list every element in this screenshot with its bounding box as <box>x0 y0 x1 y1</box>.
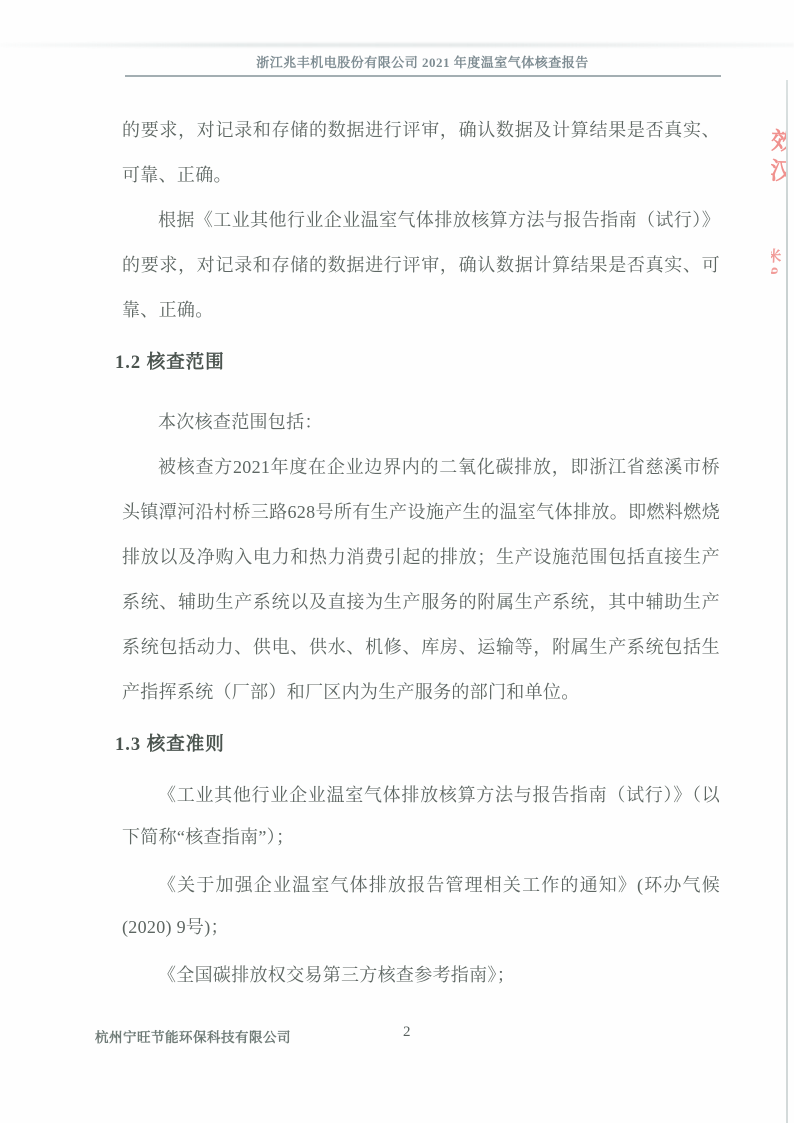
footer-page-number: 2 <box>403 1024 411 1041</box>
scan-streak-artifact <box>0 43 794 47</box>
header-rule <box>125 75 721 77</box>
paragraph-scope-detail: 被核查方2021年度在企业边界内的二氧化碳排放，即浙江省慈溪市桥头镇潭河沿村桥三… <box>122 445 720 715</box>
red-stamp-glyphs-bottom: 米9 <box>771 248 784 279</box>
section-heading-1-3: 1.3 核查准则 <box>115 723 720 768</box>
document-page: 浙江兆丰机电股份有限公司 2021 年度温室气体核查报告 的要求，对记录和存储的… <box>0 0 794 1123</box>
page-edge-shadow <box>786 80 788 1123</box>
paragraph-intro-continuation: 的要求，对记录和存储的数据进行评审，确认数据及计算结果是否真实、可靠、正确。 <box>122 108 720 198</box>
section-heading-1-2: 1.2 核查范围 <box>115 341 720 386</box>
paragraph-criteria-3: 《全国碳排放权交易第三方核查参考指南》； <box>122 954 720 996</box>
document-body: 的要求，对记录和存储的数据进行评审，确认数据及计算结果是否真实、可靠、正确。 根… <box>122 108 720 996</box>
red-stamp-artifact-top: 效汉 <box>771 128 786 206</box>
paragraph-criteria-2: 《关于加强企业温室气体排放报告管理相关工作的通知》(环办气候(2020) 9号)… <box>122 864 720 948</box>
paragraph-criteria-1: 《工业其他行业企业温室气体排放核算方法与报告指南（试行）》（以下简称“核查指南”… <box>122 774 720 858</box>
red-stamp-glyphs-top: 效汉 <box>771 128 786 189</box>
paragraph-scope-lead: 本次核查范围包括： <box>122 400 720 445</box>
footer-company-name: 杭州宁旺节能环保科技有限公司 <box>95 1026 291 1046</box>
red-stamp-artifact-bottom: 米9 <box>771 248 786 300</box>
running-header-title: 浙江兆丰机电股份有限公司 2021 年度温室气体核查报告 <box>125 52 720 71</box>
paragraph-intro-second: 根据《工业其他行业企业温室气体排放核算方法与报告指南（试行）》的要求，对记录和存… <box>122 198 720 333</box>
